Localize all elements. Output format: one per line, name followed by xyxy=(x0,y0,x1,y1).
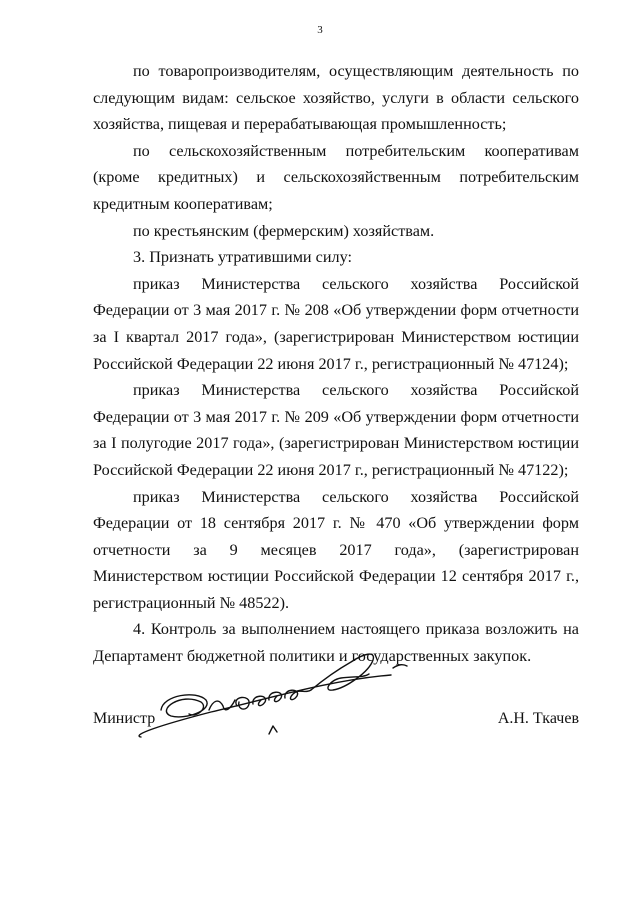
paragraph-order-208: приказ Министерства сельского хозяйства … xyxy=(93,271,579,377)
paragraph-order-470: приказ Министерства сельского хозяйства … xyxy=(93,484,579,617)
paragraph-order-209: приказ Министерства сельского хозяйства … xyxy=(93,377,579,483)
page-number: 3 xyxy=(0,24,640,36)
paragraph-producers: по товаропроизводителям, осуществляющим … xyxy=(93,58,579,138)
handwritten-signature-icon xyxy=(101,640,521,750)
document-body: по товаропроизводителям, осуществляющим … xyxy=(93,58,579,670)
signature-block: Министр А.Н. Ткачев xyxy=(93,640,579,760)
paragraph-farms: по крестьянским (фермерским) хозяйствам. xyxy=(93,218,579,245)
signatory-name: А.Н. Ткачев xyxy=(498,710,579,728)
paragraph-item-3: 3. Признать утратившими силу: xyxy=(93,244,579,271)
paragraph-cooperatives: по сельскохозяйственным потребительским … xyxy=(93,138,579,218)
